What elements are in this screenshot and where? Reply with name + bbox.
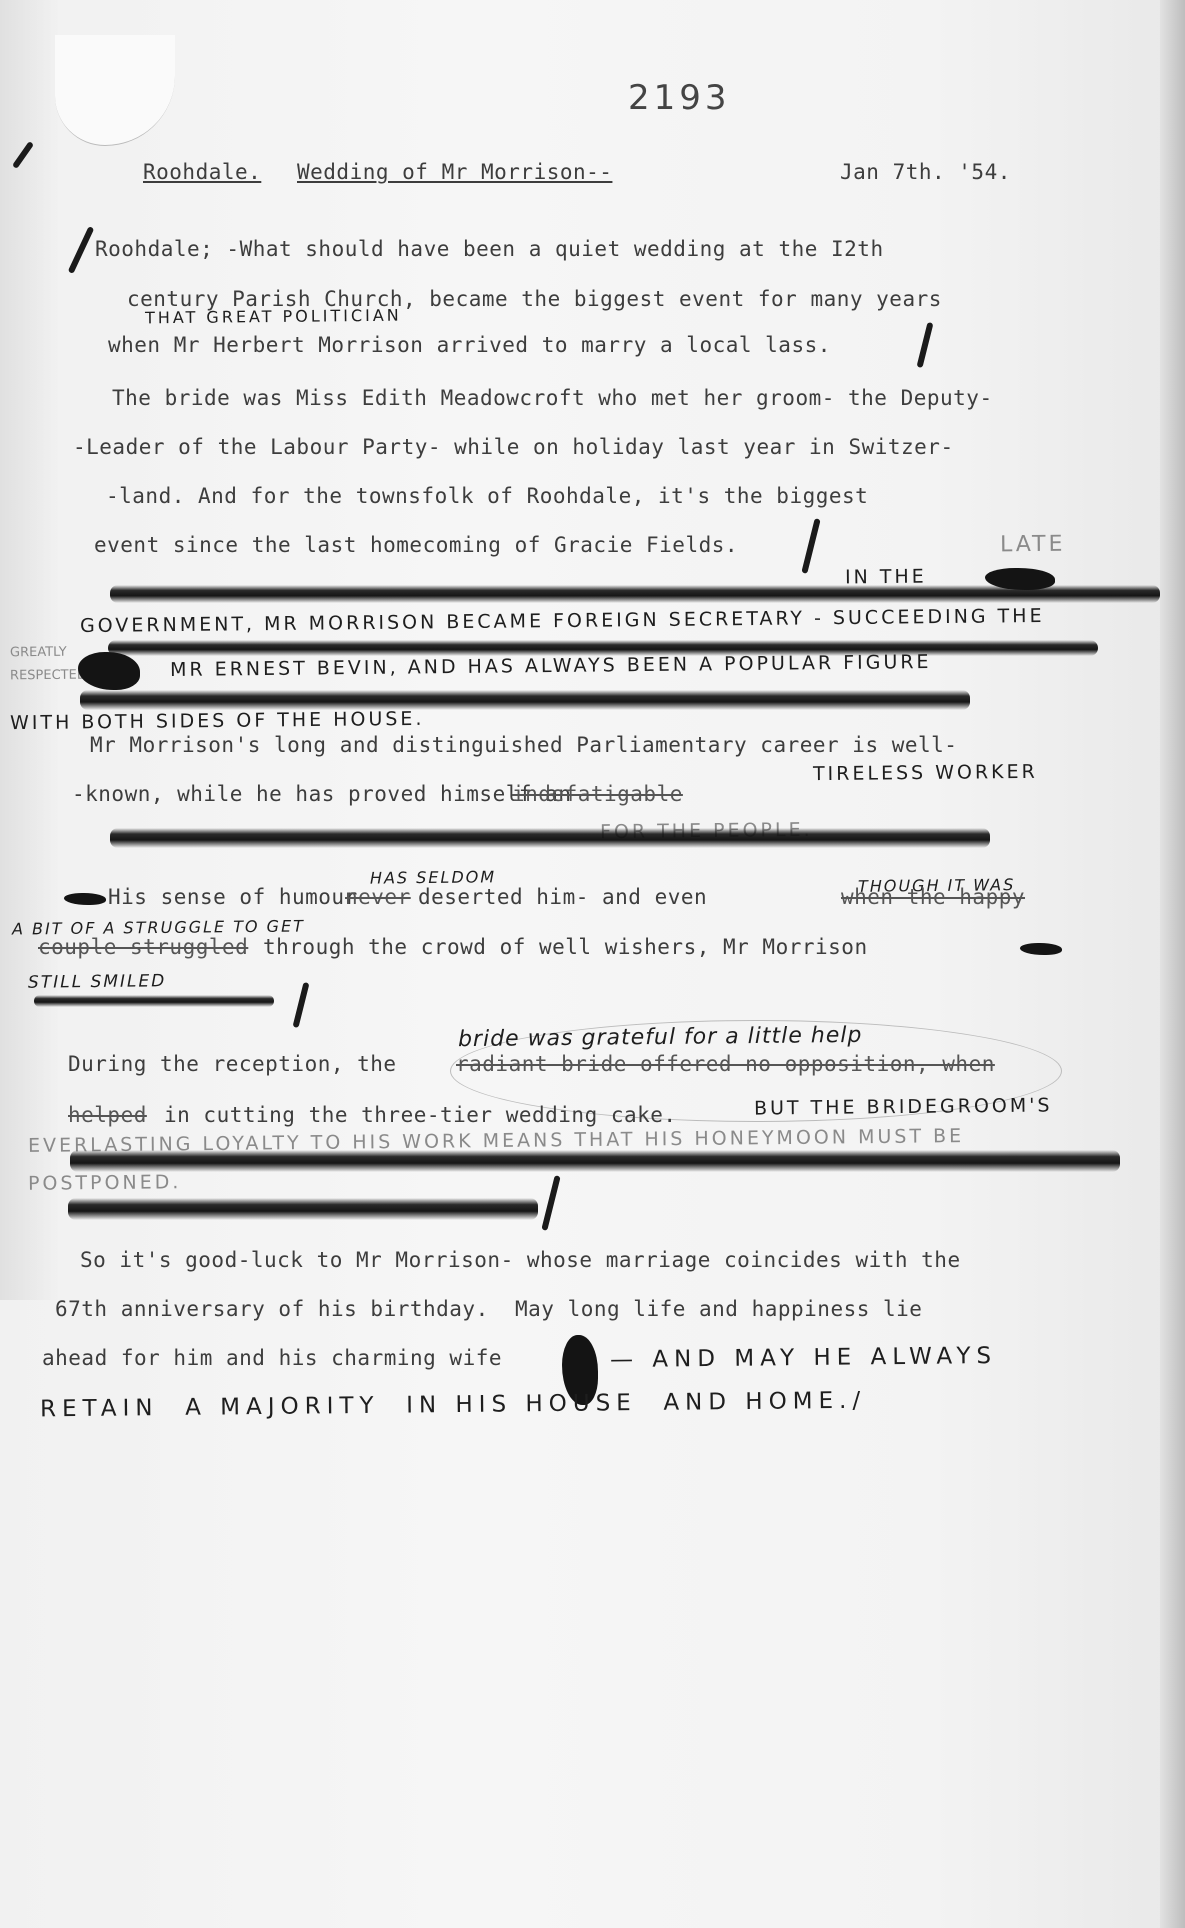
header-title: Wedding of Mr Morrison-- — [297, 160, 612, 184]
handwritten-insert: POSTPONED. — [28, 1171, 182, 1195]
header-date: Jan 7th. '54. — [840, 160, 1011, 184]
struck-text: never — [345, 885, 411, 909]
handwritten-margin: RESPECTED — [10, 668, 87, 684]
struck-text: when the happy — [841, 885, 1025, 909]
typed-line: deserted him- and even — [418, 885, 707, 909]
typed-line: During the reception, the — [68, 1052, 397, 1076]
handwritten-insert: IN THE — [845, 566, 927, 589]
typed-line: 67th anniversary of his birthday. May lo… — [55, 1297, 922, 1321]
handwritten-insert: BUT THE BRIDEGROOM'S — [754, 1094, 1053, 1119]
handwritten-insert: WITH BOTH SIDES OF THE HOUSE. — [10, 708, 425, 734]
handwritten-margin: GREATLY — [10, 645, 67, 661]
struck-text: indefatigable — [512, 782, 683, 806]
typed-line: in cutting the three-tier wedding cake. — [164, 1103, 677, 1127]
typed-line: ahead for him and his charming wife — [42, 1346, 502, 1370]
page-edge — [1160, 0, 1185, 1928]
typed-line: So it's good-luck to Mr Morrison- whose … — [80, 1248, 961, 1272]
struck-text: couple struggled — [38, 935, 248, 959]
typed-line: through the crowd of well wishers, Mr Mo… — [263, 935, 868, 959]
typed-line: Roohdale; -What should have been a quiet… — [95, 237, 884, 261]
struck-text: radiant bride offered no opposition, whe… — [456, 1052, 995, 1076]
redaction-scribble — [68, 1198, 538, 1220]
handwritten-insert: TIRELESS WORKER — [813, 761, 1038, 785]
typed-line: event since the last homecoming of Graci… — [94, 533, 738, 557]
typed-line: The bride was Miss Edith Meadowcroft who… — [112, 386, 993, 410]
redaction-scribble — [80, 690, 970, 710]
redaction-scribble — [110, 828, 990, 848]
struck-text: helped — [68, 1103, 147, 1127]
typed-line: when Mr Herbert Morrison arrived to marr… — [108, 333, 831, 357]
typed-line: -Leader of the Labour Party- while on ho… — [73, 435, 954, 459]
handwritten-insert: bride was grateful for a little help — [458, 1023, 863, 1052]
typed-line: His sense of humour — [108, 885, 358, 909]
handwritten-insert: THAT GREAT POLITICIAN — [145, 306, 402, 328]
header-place: Roohdale. — [143, 160, 261, 184]
typed-line: -land. And for the townsfolk of Roohdale… — [106, 484, 868, 508]
handwritten-insert: — AND MAY HE ALWAYS — [610, 1343, 997, 1373]
torn-corner — [55, 35, 175, 146]
redaction-scribble — [70, 1150, 1120, 1172]
handwritten-insert: LATE — [1000, 532, 1066, 558]
redaction-scribble — [34, 995, 274, 1007]
typed-line: -known, while he has proved himself an — [72, 782, 571, 806]
handwritten-insert: STILL SMILED — [28, 971, 167, 992]
page-number: 2193 — [628, 78, 731, 118]
typed-line: Mr Morrison's long and distinguished Par… — [90, 733, 957, 757]
